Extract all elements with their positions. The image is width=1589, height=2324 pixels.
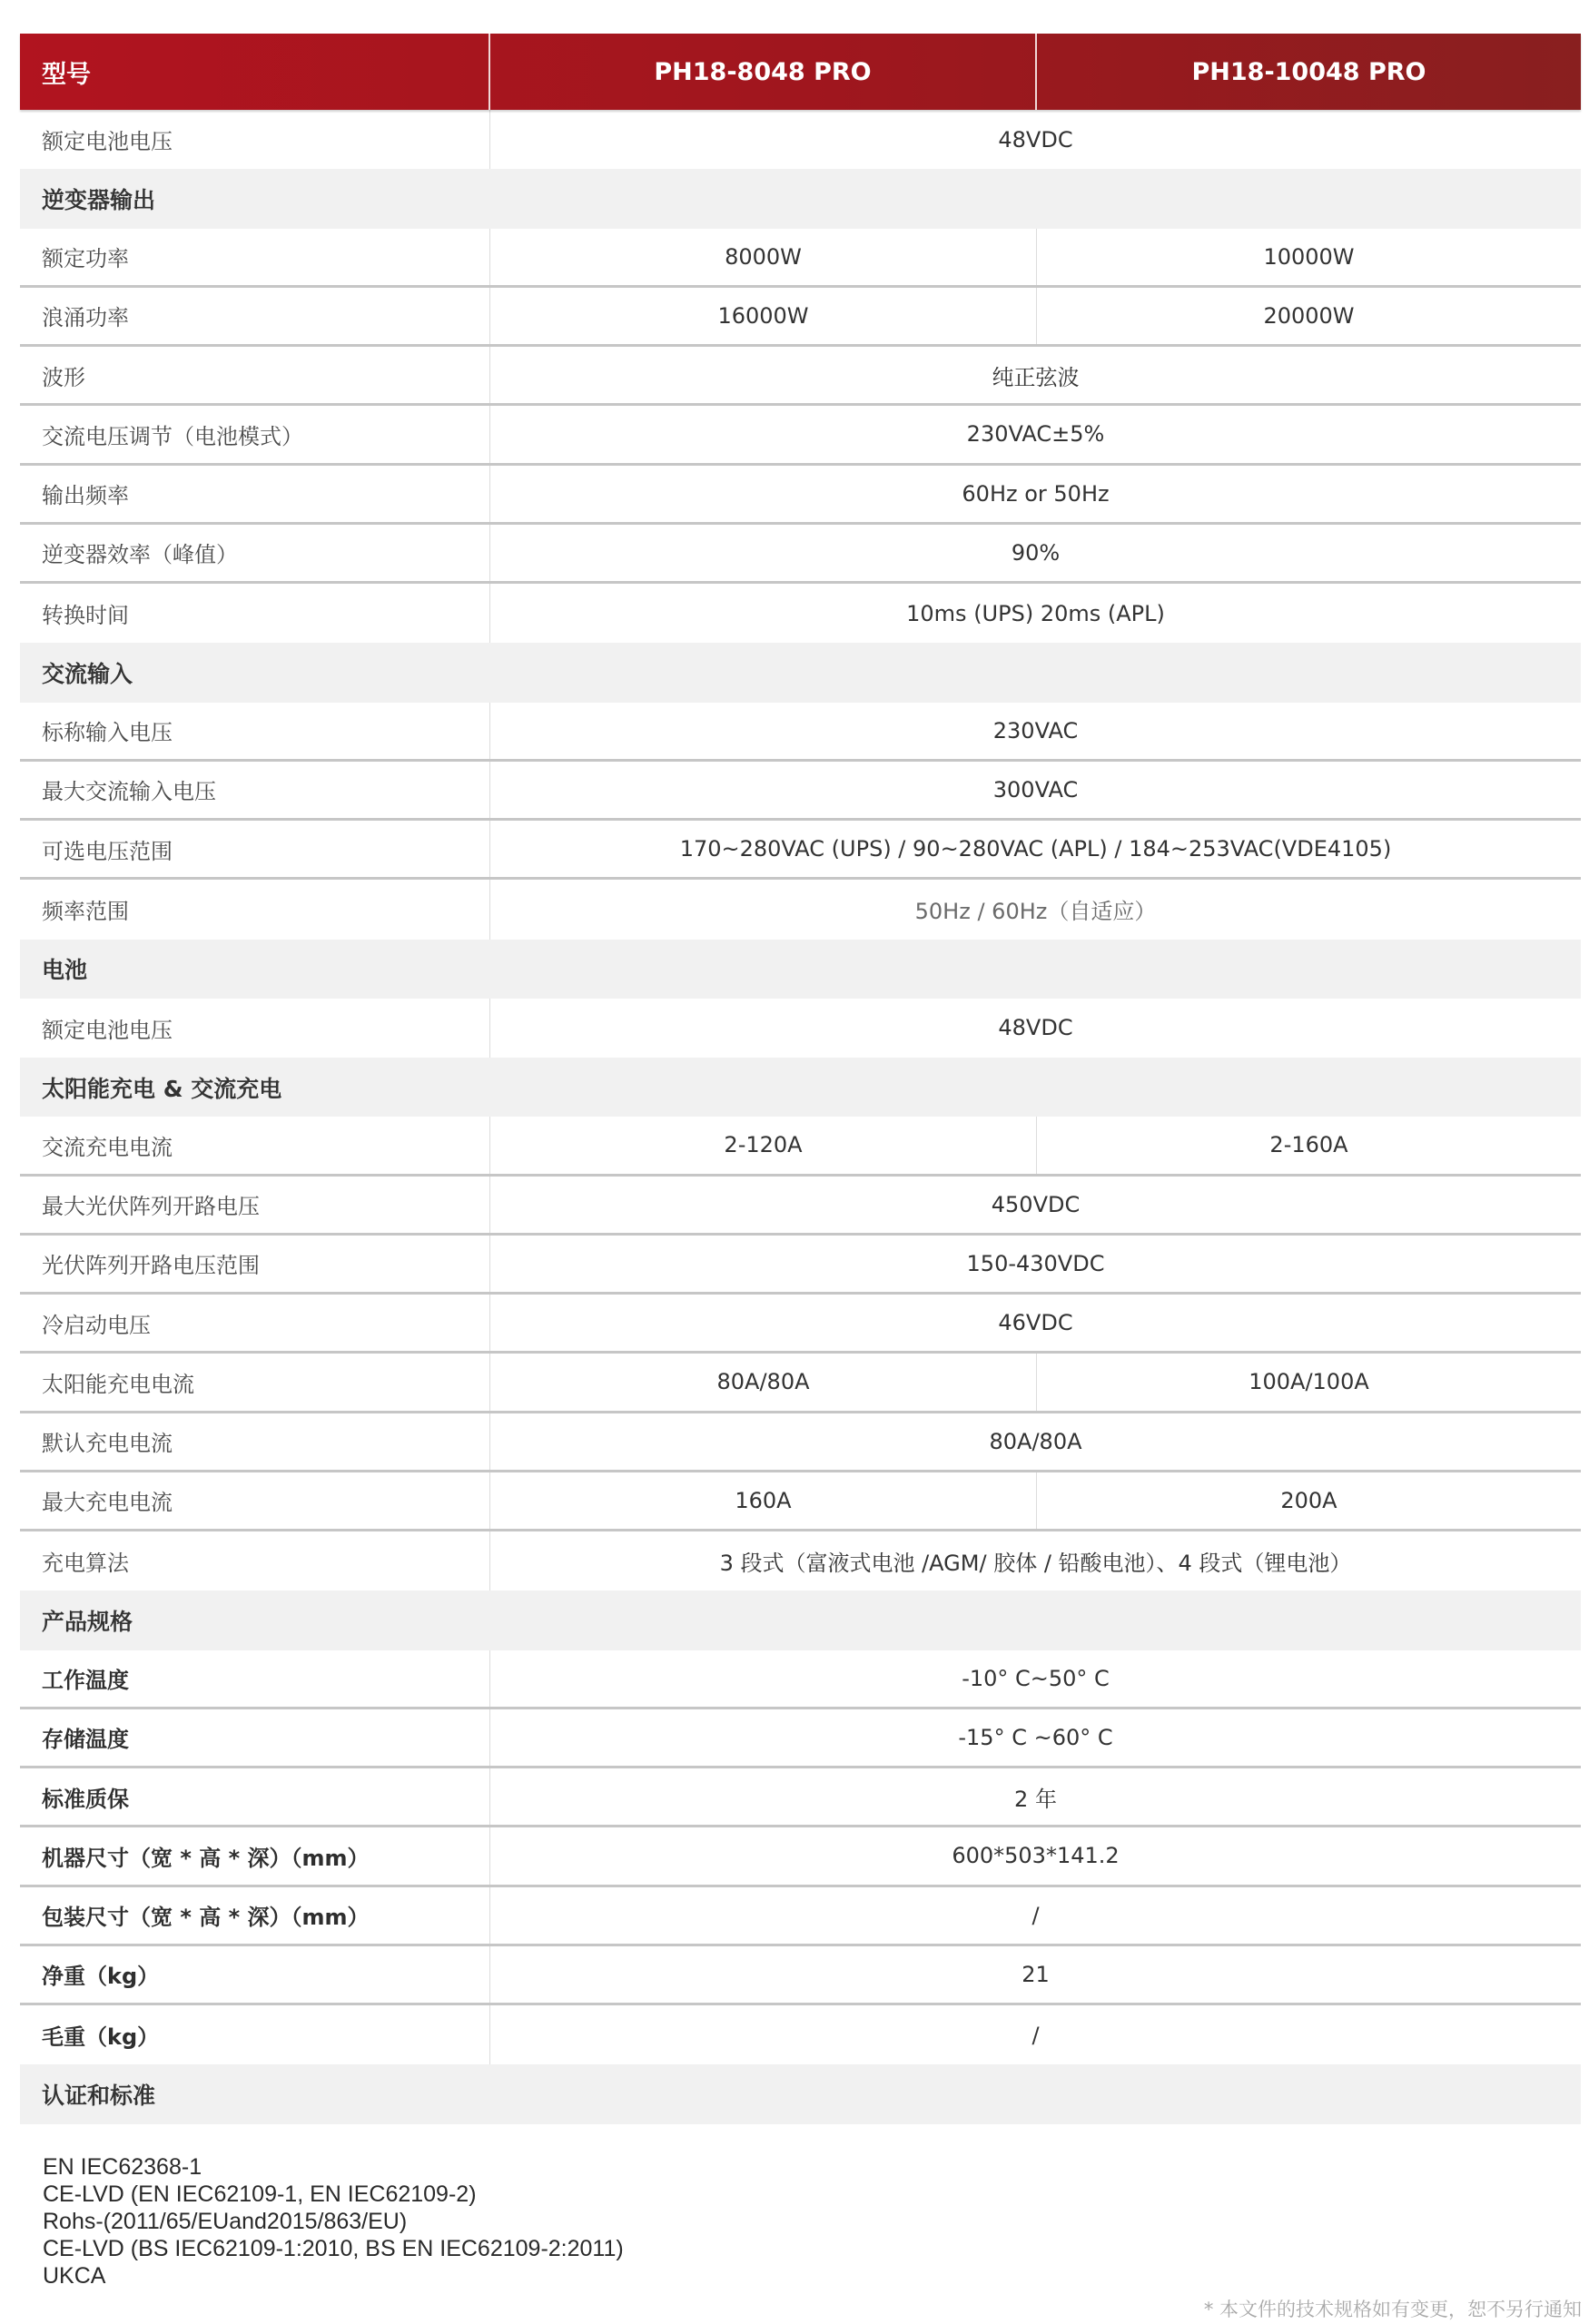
row-value-shared: 300VAC <box>490 762 1581 818</box>
row-label: 毛重（kg） <box>20 2005 490 2064</box>
table-row: 机器尺寸（宽 * 高 * 深）（mm）600*503*141.2 <box>20 1827 1581 1886</box>
table-row: 可选电压范围170~280VAC (UPS) / 90~280VAC (APL)… <box>20 821 1581 880</box>
certification-item: UKCA <box>43 2262 624 2290</box>
row-value-model-2: 20000W <box>1037 288 1581 344</box>
row-value-model-2: 200A <box>1037 1472 1581 1529</box>
row-value-shared: 46VDC <box>490 1295 1581 1351</box>
row-value-shared: 230VAC <box>490 703 1581 759</box>
header-model-1: PH18-8048 PRO <box>490 34 1037 110</box>
row-value-shared: 150-430VDC <box>490 1236 1581 1292</box>
row-label: 输出频率 <box>20 466 490 522</box>
section-header: 认证和标准 <box>20 2064 1581 2123</box>
table-row: 最大光伏阵列开路电压450VDC <box>20 1177 1581 1236</box>
row-label: 额定电池电压 <box>20 999 490 1058</box>
row-value-model-2: 100A/100A <box>1037 1354 1581 1410</box>
row-label: 光伏阵列开路电压范围 <box>20 1236 490 1292</box>
section-header: 交流输入 <box>20 643 1581 702</box>
row-value-model-2: 10000W <box>1037 229 1581 285</box>
table-row: 额定功率8000W10000W <box>20 229 1581 288</box>
row-label: 可选电压范围 <box>20 821 490 877</box>
row-label: 逆变器效率（峰值） <box>20 525 490 581</box>
spec-table: 型号 PH18-8048 PRO PH18-10048 PRO 额定电池电压48… <box>20 34 1581 2124</box>
table-row: 额定电池电压48VDC <box>20 110 1581 169</box>
row-label: 太阳能充电电流 <box>20 1354 490 1410</box>
table-row: 交流充电电流2-120A2-160A <box>20 1117 1581 1176</box>
table-row: 频率范围50Hz / 60Hz（自适应） <box>20 880 1581 939</box>
table-row: 转换时间10ms (UPS) 20ms (APL) <box>20 584 1581 643</box>
certification-item: CE-LVD (EN IEC62109-1, EN IEC62109-2) <box>43 2181 624 2208</box>
table-row: 输出频率60Hz or 50Hz <box>20 466 1581 525</box>
table-row: 包装尺寸（宽 * 高 * 深）（mm）/ <box>20 1887 1581 1946</box>
row-value-shared: 600*503*141.2 <box>490 1827 1581 1884</box>
row-label: 交流充电电流 <box>20 1117 490 1173</box>
row-label: 波形 <box>20 347 490 403</box>
table-row: 默认充电电流80A/80A <box>20 1413 1581 1472</box>
table-row: 光伏阵列开路电压范围150-430VDC <box>20 1236 1581 1295</box>
table-row: 额定电池电压48VDC <box>20 999 1581 1058</box>
table-row: 冷启动电压46VDC <box>20 1295 1581 1354</box>
table-row: 太阳能充电电流80A/80A100A/100A <box>20 1354 1581 1413</box>
table-row: 最大交流输入电压300VAC <box>20 762 1581 821</box>
row-label: 转换时间 <box>20 584 490 643</box>
certification-item: Rohs-(2011/65/EUand2015/863/EU) <box>43 2208 624 2235</box>
row-value-shared: 60Hz or 50Hz <box>490 466 1581 522</box>
row-value-shared: 450VDC <box>490 1177 1581 1233</box>
table-row: 最大充电电流160A200A <box>20 1472 1581 1531</box>
row-value-shared: 3 段式（富液式电池 /AGM/ 胶体 / 铅酸电池）、4 段式（锂电池） <box>490 1531 1581 1590</box>
row-label: 最大充电电流 <box>20 1472 490 1529</box>
row-label: 存储温度 <box>20 1709 490 1766</box>
row-label: 标准质保 <box>20 1768 490 1825</box>
section-header: 产品规格 <box>20 1590 1581 1649</box>
table-row: 波形纯正弦波 <box>20 347 1581 406</box>
row-value-shared: 230VAC±5% <box>490 406 1581 462</box>
table-row: 充电算法3 段式（富液式电池 /AGM/ 胶体 / 铅酸电池）、4 段式（锂电池… <box>20 1531 1581 1590</box>
row-value-model-1: 80A/80A <box>490 1354 1037 1410</box>
row-value-shared: 纯正弦波 <box>490 347 1581 403</box>
footnote: * 本文件的技术规格如有变更，恕不另行通知 <box>1204 2295 1582 2322</box>
row-label: 机器尺寸（宽 * 高 * 深）（mm） <box>20 1827 490 1884</box>
certification-list: EN IEC62368-1CE-LVD (EN IEC62109-1, EN I… <box>43 2142 624 2290</box>
row-label: 额定功率 <box>20 229 490 285</box>
row-label: 频率范围 <box>20 880 490 939</box>
section-header: 逆变器输出 <box>20 169 1581 228</box>
table-row: 工作温度-10° C~50° C <box>20 1650 1581 1709</box>
table-row: 标准质保2 年 <box>20 1768 1581 1827</box>
row-value-shared: / <box>490 1887 1581 1944</box>
row-label: 默认充电电流 <box>20 1413 490 1470</box>
row-value-shared: -15° C ~60° C <box>490 1709 1581 1766</box>
row-value-shared: / <box>490 2005 1581 2064</box>
row-value-shared: 80A/80A <box>490 1413 1581 1470</box>
row-value-model-1: 160A <box>490 1472 1037 1529</box>
row-value-shared: 170~280VAC (UPS) / 90~280VAC (APL) / 184… <box>490 821 1581 877</box>
row-label: 标称输入电压 <box>20 703 490 759</box>
row-label: 浪涌功率 <box>20 288 490 344</box>
row-value-shared: 10ms (UPS) 20ms (APL) <box>490 584 1581 643</box>
row-value-model-1: 2-120A <box>490 1117 1037 1173</box>
row-value-shared: 21 <box>490 1946 1581 2003</box>
row-label: 最大交流输入电压 <box>20 762 490 818</box>
certification-item: EN IEC62368-1 <box>43 2153 624 2181</box>
header-model-label: 型号 <box>20 34 490 110</box>
row-label: 额定电池电压 <box>20 110 490 169</box>
row-value-model-1: 8000W <box>490 229 1037 285</box>
row-value-shared: 50Hz / 60Hz（自适应） <box>490 880 1581 939</box>
row-label: 净重（kg） <box>20 1946 490 2003</box>
certification-item: CE-LVD (BS IEC62109-1:2010, BS EN IEC621… <box>43 2235 624 2262</box>
row-label: 工作温度 <box>20 1650 490 1707</box>
table-row: 标称输入电压230VAC <box>20 703 1581 762</box>
row-label: 最大光伏阵列开路电压 <box>20 1177 490 1233</box>
row-value-shared: 48VDC <box>490 110 1581 169</box>
row-label: 包装尺寸（宽 * 高 * 深）（mm） <box>20 1887 490 1944</box>
row-label: 冷启动电压 <box>20 1295 490 1351</box>
section-header: 太阳能充电 & 交流充电 <box>20 1058 1581 1117</box>
table-row: 交流电压调节（电池模式）230VAC±5% <box>20 406 1581 465</box>
row-value-shared: -10° C~50° C <box>490 1650 1581 1707</box>
row-label: 交流电压调节（电池模式） <box>20 406 490 462</box>
section-header: 电池 <box>20 940 1581 999</box>
row-value-model-2: 2-160A <box>1037 1117 1581 1173</box>
table-row: 逆变器效率（峰值）90% <box>20 525 1581 584</box>
table-row: 存储温度-15° C ~60° C <box>20 1709 1581 1768</box>
table-body: 额定电池电压48VDC逆变器输出额定功率8000W10000W浪涌功率16000… <box>20 110 1581 2124</box>
table-row: 净重（kg）21 <box>20 1946 1581 2005</box>
row-value-shared: 90% <box>490 525 1581 581</box>
header-model-2: PH18-10048 PRO <box>1037 34 1581 110</box>
row-value-shared: 2 年 <box>490 1768 1581 1825</box>
table-row: 毛重（kg）/ <box>20 2005 1581 2064</box>
row-label: 充电算法 <box>20 1531 490 1590</box>
table-row: 浪涌功率16000W20000W <box>20 288 1581 347</box>
row-value-model-1: 16000W <box>490 288 1037 344</box>
table-header: 型号 PH18-8048 PRO PH18-10048 PRO <box>20 34 1581 110</box>
row-value-shared: 48VDC <box>490 999 1581 1058</box>
